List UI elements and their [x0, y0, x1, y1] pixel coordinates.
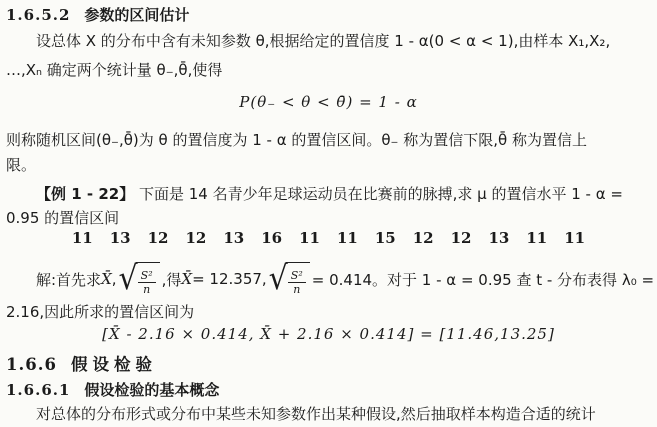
sqrt-expression: √S²n	[269, 262, 310, 296]
radical-sign: √	[269, 263, 288, 296]
section-heading-166: 1.6.6假设检验	[6, 351, 157, 375]
pulse-value: 16	[261, 229, 282, 247]
section-title: 假设检验的基本概念	[84, 381, 219, 399]
paragraph-definition-line2: …,Xₙ 确定两个统计量 θ₋,θ̄,使得	[6, 59, 651, 80]
solution-prefix: 解:首先求	[36, 269, 101, 290]
pulse-value: 11	[337, 229, 358, 247]
pulse-value: 11	[564, 229, 585, 247]
pulse-value: 11	[72, 229, 93, 247]
pulse-value: 13	[223, 229, 244, 247]
pulse-value: 12	[186, 229, 207, 247]
pulse-value: 12	[451, 229, 472, 247]
x-bar-symbol: X̄	[181, 270, 192, 288]
solution-eq2: = 0.414。对于 1 - α = 0.95 查 t - 分布表得 λ₀ =	[312, 269, 654, 290]
pulse-value: 15	[375, 229, 396, 247]
pulse-value: 12	[148, 229, 169, 247]
pulse-value: 13	[489, 229, 510, 247]
paragraph-interval-line1: 则称随机区间(θ₋,θ̄)为 θ 的置信度为 1 - α 的置信区间。θ₋ 称为…	[6, 129, 651, 150]
radical-sign: √	[119, 263, 138, 296]
sqrt-denominator: n	[293, 283, 300, 296]
pulse-data-row: 1113121213161111151212131111	[70, 229, 587, 247]
example-1-22-line2: 0.95 的置信区间	[6, 207, 651, 228]
pulse-value: 12	[413, 229, 434, 247]
paragraph-definition-line1: 设总体 X 的分布中含有未知参数 θ,根据给定的置信度 1 - α(0 < α …	[6, 30, 651, 51]
sqrt-numerator: S²	[138, 269, 156, 283]
comma: ,	[112, 270, 117, 288]
x-bar-symbol: X̄	[101, 270, 112, 288]
example-text: 下面是 14 名青少年足球运动员在比赛前的脉搏,求 μ 的置信水平 1 - α …	[139, 185, 623, 203]
sqrt-expression: √S²n	[119, 262, 160, 296]
section-title: 参数的区间估计	[84, 6, 189, 24]
solution-mid: ,得	[162, 269, 182, 290]
document-page: 1.6.5.2参数的区间估计 设总体 X 的分布中含有未知参数 θ,根据给定的置…	[0, 0, 657, 427]
solution-line1: 解:首先求 X̄ , √S²n ,得 X̄ = 12.357, √S²n = 0…	[6, 257, 651, 301]
formula-confidence-probability: P(θ₋ < θ < θ̄) = 1 - α	[0, 93, 657, 111]
section-number: 1.6.6	[6, 355, 57, 374]
solution-eq1: = 12.357,	[192, 270, 267, 288]
example-label: 【例 1 - 22】	[36, 185, 134, 203]
section-heading-1661: 1.6.6.1假设检验的基本概念	[6, 379, 219, 400]
section-title: 假设检验	[71, 355, 157, 374]
pulse-value: 13	[110, 229, 131, 247]
section-heading-1652: 1.6.5.2参数的区间估计	[6, 4, 189, 25]
section-number: 1.6.5.2	[6, 6, 70, 24]
sqrt-denominator: n	[143, 283, 150, 296]
example-1-22-line1: 【例 1 - 22】 下面是 14 名青少年足球运动员在比赛前的脉搏,求 μ 的…	[6, 183, 651, 204]
pulse-value: 11	[299, 229, 320, 247]
paragraph-hypothesis-intro: 对总体的分布形式或分布中某些未知参数作出某种假设,然后抽取样本构造合适的统计	[6, 403, 651, 424]
section-number: 1.6.6.1	[6, 381, 70, 399]
sqrt-numerator: S²	[288, 269, 306, 283]
paragraph-interval-line2: 限。	[6, 154, 651, 175]
pulse-value: 11	[526, 229, 547, 247]
formula-confidence-interval: [X̄ - 2.16 × 0.414, X̄ + 2.16 × 0.414] =…	[0, 325, 657, 343]
solution-line2: 2.16,因此所求的置信区间为	[6, 301, 651, 322]
